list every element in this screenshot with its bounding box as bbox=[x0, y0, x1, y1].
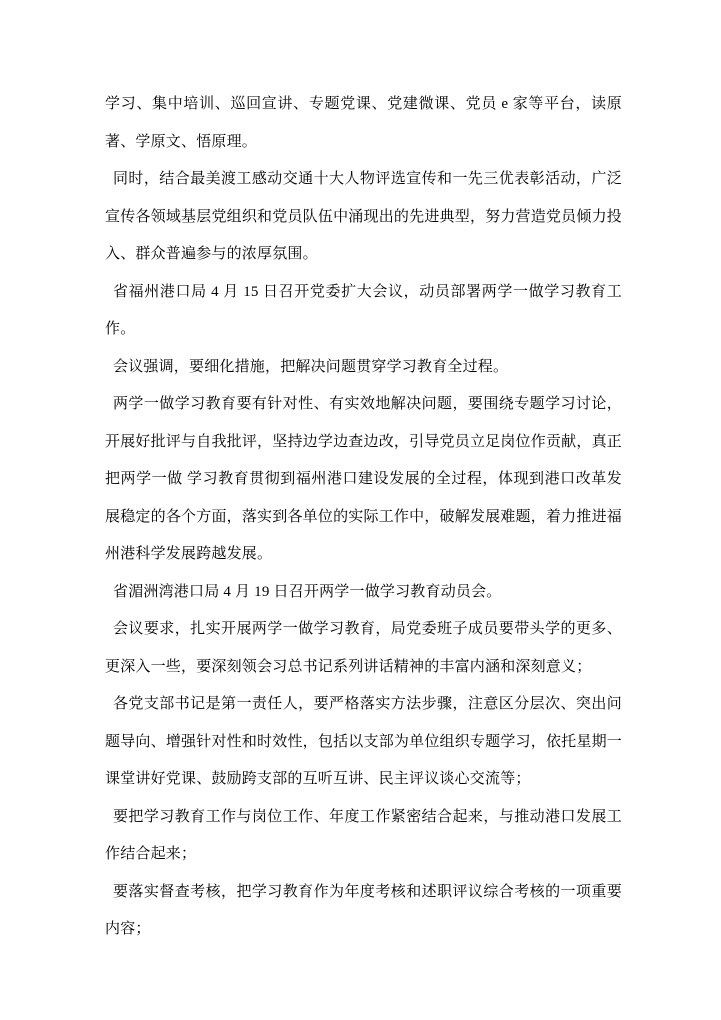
paragraph: 省福州港口局 4 月 15 日召开党委扩大会议，动员部署两学一做学习教育工作。 bbox=[105, 274, 622, 349]
paragraph: 同时，结合最美渡工感动交通十大人物评选宣传和一先三优表彰活动，广泛宣传各领域基层… bbox=[105, 161, 622, 274]
paragraph: 省湄洲湾港口局 4 月 19 日召开两学一做学习教育动员会。 bbox=[105, 574, 622, 612]
paragraph: 要把学习教育工作与岗位工作、年度工作紧密结合起来，与推动港口发展工作结合起来； bbox=[105, 799, 622, 874]
paragraph: 会议强调，要细化措施，把解决问题贯穿学习教育全过程。 bbox=[105, 349, 622, 387]
paragraph: 要落实督查考核，把学习教育作为年度考核和述职评议综合考核的一项重要内容； bbox=[105, 874, 622, 949]
document-page: 学习、集中培训、巡回宣讲、专题党课、党建微课、党员 e 家等平台，读原著、学原文… bbox=[0, 0, 721, 1020]
paragraph: 各党支部书记是第一责任人，要严格落实方法步骤，注意区分层次、突出问题导向、增强针… bbox=[105, 686, 622, 799]
paragraph: 学习、集中培训、巡回宣讲、专题党课、党建微课、党员 e 家等平台，读原著、学原文… bbox=[105, 86, 622, 161]
document-text-body: 学习、集中培训、巡回宣讲、专题党课、党建微课、党员 e 家等平台，读原著、学原文… bbox=[105, 86, 622, 949]
paragraph: 两学一做学习教育要有针对性、有实效地解决问题，要围绕专题学习讨论，开展好批评与自… bbox=[105, 386, 622, 574]
paragraph: 会议要求，扎实开展两学一做学习教育，局党委班子成员要带头学的更多、更深入一些，要… bbox=[105, 611, 622, 686]
